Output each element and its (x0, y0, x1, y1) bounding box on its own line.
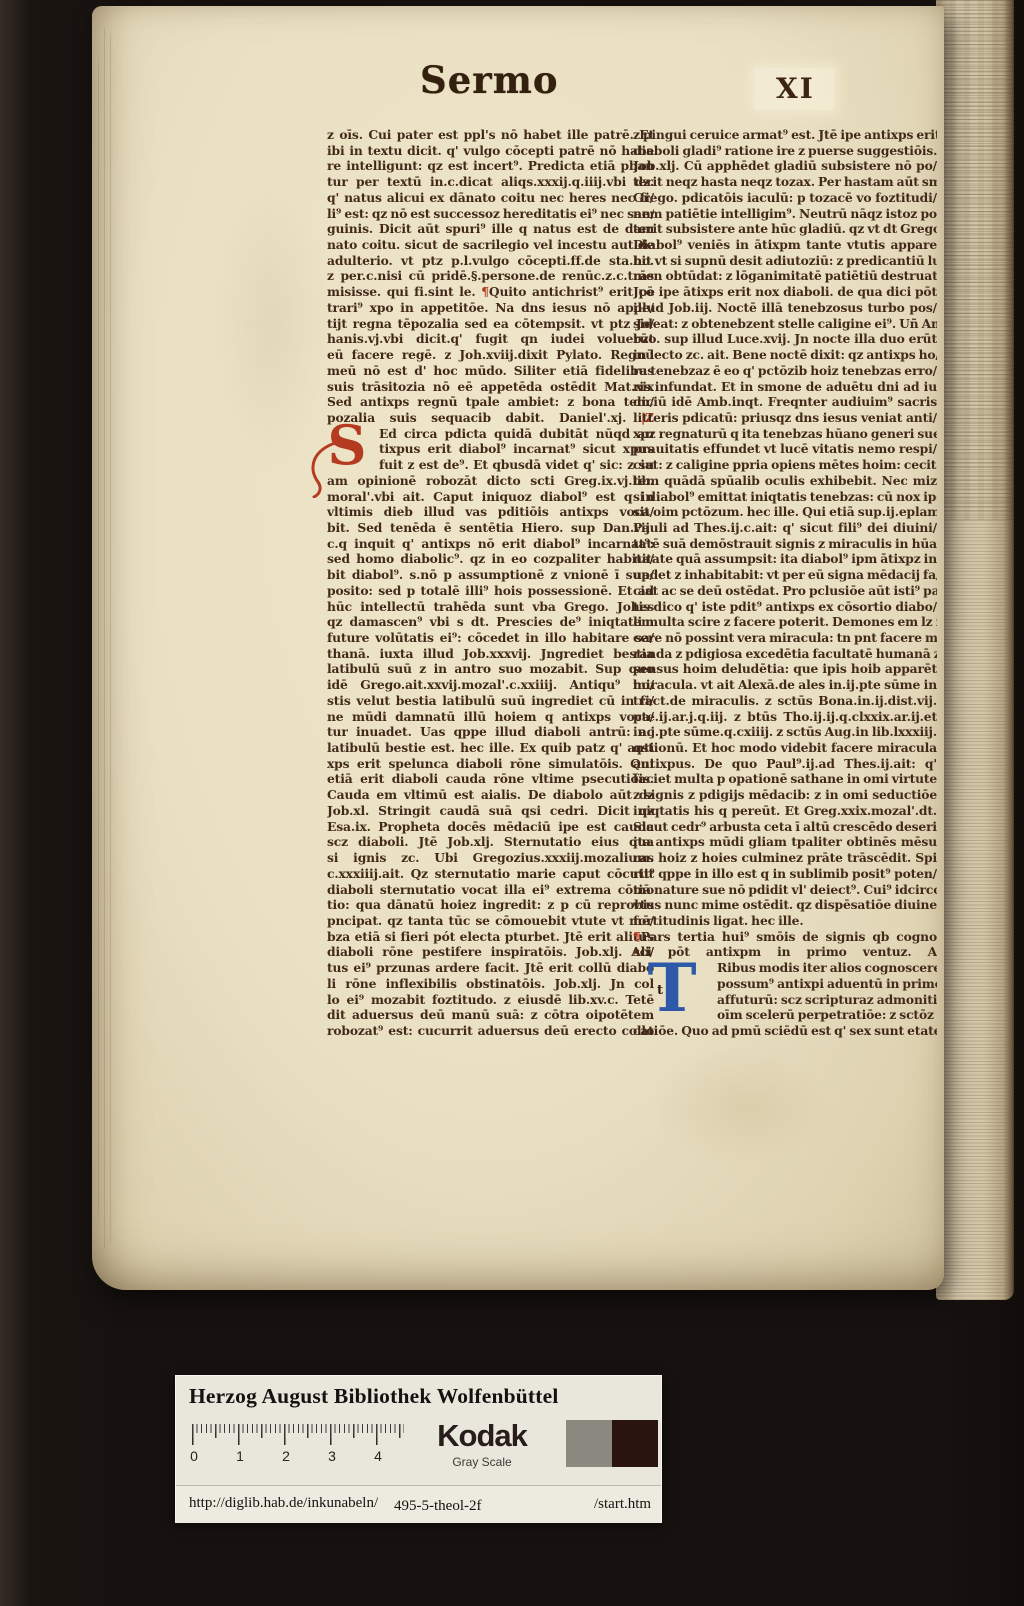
text-line: Esa.ix. Propheta docēs mēdaciū ipe est c… (327, 819, 654, 835)
text-line: tem quādā spūalib oculis exhibebit. Nec … (633, 473, 937, 489)
text-line: etiā erit diaboli cauda rōne vltime psec… (327, 771, 654, 787)
text-line: vtus nunc mime ostēdit. qz dispēsatiōe d… (633, 897, 937, 913)
text-line: Diabol⁹ veniēs in ātixpm tante vtutis ap… (633, 237, 937, 253)
text-line: bit diabol⁹. s.nō p assumptionē z vnionē… (327, 567, 654, 583)
text-line: sensus hoim deludētia: que ipis hoib app… (633, 661, 937, 677)
text-line: antixpus. De quo Paul⁹.ij.ad Thes.ij.ait… (633, 756, 937, 772)
text-line: bit vt si supnū desit adiutoziū: z predi… (633, 253, 937, 269)
text-line: bit. Sed tenēda ē sentētia Hiero. sup Da… (327, 520, 654, 536)
digitization-url: http://diglib.hab.de/inkunabeln/ (189, 1495, 378, 1512)
text-line: xpz regnaturū q ita tenebzas hūano gener… (633, 426, 937, 442)
text-line: lo ei⁹ mozabit foztitudo. z eiusdē lib.x… (327, 992, 654, 1008)
text-line: diciū idē Amb.inqt. Freqnter audiuim⁹ sa… (633, 394, 937, 410)
text-line: litteris pdicatū: priusqz dns iesus veni… (633, 410, 937, 426)
scan-background: Sermo XI z oīs. Cui pater est ppl's nō h… (0, 0, 1024, 1606)
library-label: Herzog August Bibliothek Wolfenbüttel 01… (175, 1375, 662, 1523)
text-line: nem patiētie intelligim⁹. Neutrū nāqz is… (633, 206, 937, 222)
illuminated-initial-t: T t (631, 958, 713, 1022)
text-line: ne mūdi damnatū illū hoiem q antixps voc… (327, 709, 654, 725)
text-line: scz diaboli. Jtē Job.xlj. Sternutatio ei… (327, 834, 654, 850)
label-url-row: http://diglib.hab.de/inkunabeln/ 495-5-t… (176, 1485, 661, 1523)
text-line: terit subsistere ante hūc gladiū. qz vt … (633, 221, 937, 237)
text-line: robozat⁹ est: cucurrit aduersus deū erec… (327, 1023, 654, 1039)
text-line: tixpus erit diabol⁹ incarnat⁹ sicut xpus (327, 441, 654, 457)
text-line: in.j.pte sūme.q.cxiiij. z sctūs Aug.in l… (633, 724, 937, 740)
text-line: ¶Pars tertia hui⁹ smōis de signis qb cog… (633, 929, 937, 945)
text-line: ris infundat. Et in smone de aduētu dni … (633, 379, 937, 395)
text-line: xps erit spelunca diaboli rōne simulatōi… (327, 756, 654, 772)
kodak-logo: Kodak (414, 1418, 550, 1454)
text-line: miracula. vt ait Alexā.de ales in.ij.pte… (633, 677, 937, 693)
text-line: Cauda em vltimū est aialis. De diabolo a… (327, 787, 654, 803)
text-line: stis velut bestia latibulū suū ingrediet… (327, 693, 654, 709)
text-line: z oīs. Cui pater est ppl's nō habet ille… (327, 127, 654, 143)
text-line: in lecto zc. ait. Bene noctē dixit: qz a… (633, 347, 937, 363)
text-line: am opinionē robozāt dicto scti Greg.ix.v… (327, 473, 654, 489)
text-line: bza etiā si fieri pót electa pturbet. Jt… (327, 929, 654, 945)
text-line: Job.xlj. Cū apphēdet gladiū subsistere n… (633, 158, 937, 174)
text-line: diaboli sternutatio vocat illa ei⁹ extre… (327, 882, 654, 898)
text-line: fortitudinis ligat. hec ille. (633, 913, 937, 929)
gray-scale-patch-gray (566, 1420, 612, 1467)
text-line: misisse. qui fi.sint le. ¶Quito antichri… (327, 284, 654, 300)
text-line: latibulū suū z in antro suo mozabit. Sup… (327, 661, 654, 677)
text-line: pte.ij.ar.j.q.iij. z btūs Tho.ij.ij.q.cl… (633, 709, 937, 725)
text-line: cere nō possint vera miracula: tn pnt fa… (633, 630, 937, 646)
text-line: latibulū bestie est. hec ille. Ex quib p… (327, 740, 654, 756)
text-line: dit aduersus deū manū suā: z cōtra oipot… (327, 1007, 654, 1023)
ruler-number: 1 (233, 1448, 247, 1464)
text-line: bzo. sup illud Luce.xvij. Jn nocte illa … (633, 331, 937, 347)
text-line: ras hoiz z hoies culminez prāte trāscēdi… (633, 850, 937, 866)
text-line: moral'.vbi ait. Caput iniquoz diabol⁹ es… (327, 489, 654, 505)
text-line: Pauli ad Thes.ij.c.ait: q' sicut fili⁹ d… (633, 520, 937, 536)
text-line: sideat: z obtenebzent stelle caligine ei… (633, 316, 937, 332)
url-suffix: /start.htm (594, 1496, 651, 1513)
text-line: eū facere regē. z Joh.xviij.dixit Pylato… (327, 347, 654, 363)
kodak-block: Kodak Gray Scale (414, 1418, 550, 1469)
text-line: ciat ac se deū ostēdat. Pro pclusiōe aūt… (633, 583, 937, 599)
text-line: li multa scire z facere poterit. Demones… (633, 614, 937, 630)
text-line: si diabol⁹ emittat iniqtatis tenebzas: c… (633, 489, 937, 505)
gray-scale-patch-dark (612, 1420, 658, 1467)
text-line: men obtūdat: z lōganimitatē patiētiū des… (633, 268, 937, 284)
text-line: diaboli gladi⁹ ratione ire z puerse sugg… (633, 143, 937, 159)
text-line: tract.de miraculis. z sctūs Bona.in.ij.d… (633, 693, 937, 709)
text-line: nitate quā assumpsit: ita diabol⁹ ipm āt… (633, 551, 937, 567)
text-line: guinis. Dicit aūt spuri⁹ ille q natus es… (327, 221, 654, 237)
text-line: qz damascen⁹ vbi s dt. Prescies de⁹ iniq… (327, 614, 654, 630)
initial-letter: T (647, 949, 696, 1027)
text-line: adulterio. vt ptz p.l.vulgo cōcepti.ff.d… (327, 253, 654, 269)
text-line: meū nō est d' hoc mūdo. Siliter etiā fid… (327, 363, 654, 379)
text-line: c.q inquit q' antixps nō erit diabol⁹ in… (327, 536, 654, 552)
text-line: idē Grego.ait.xxvij.mozal'.c.xxiiij. Ant… (327, 677, 654, 693)
text-line: tur inuadet. Uas qppe illud diaboli antr… (327, 724, 654, 740)
text-line: ciat: z caligine ppria opiens mētes hoim… (633, 457, 937, 473)
text-line: tatē suā demōstrauit signis z miraculis … (633, 536, 937, 552)
text-line: hūc intellectū trahēda sunt vba Grego. J… (327, 599, 654, 615)
text-line: Sed antixps regnū tpale ambiet: z bona t… (327, 394, 654, 410)
ruler-number: 0 (187, 1448, 201, 1464)
text-line: Ed circa pdicta quidā dubitāt nūqd an (327, 426, 654, 442)
ruler-number: 3 (325, 1448, 339, 1464)
text-line: hanis.vj.vbi dicit.q' fugit qn iudei vol… (327, 331, 654, 347)
text-line: sit oim pctōzum. hec ille. Qui etiā sup.… (633, 504, 937, 520)
text-line: z per.c.nisi cū pridē.§.persone.de renūc… (327, 268, 654, 284)
text-line: Sicut cedr⁹ arbusta ceta ī altū crescēdo… (633, 819, 937, 835)
text-line: suis trāsitozia nō eē appetēda ostēdit M… (327, 379, 654, 395)
text-line: trari⁹ xpo in appetitōe. Na dns iesus nō… (327, 300, 654, 316)
text-line: rit⁹ qppe in illo est q in sublimib posi… (633, 866, 937, 882)
text-line: pncipat. qz tanta tūc se cōmouebit vtute… (327, 913, 654, 929)
text-column-right: z pingui ceruice armat⁹ est. Jtē ipe ant… (633, 127, 937, 1039)
guide-letter: t (657, 984, 663, 997)
library-name: Herzog August Bibliothek Wolfenbüttel (189, 1384, 559, 1409)
text-line: sed homo diabolic⁹. qz in eo cozpaliter … (327, 551, 654, 567)
text-line: Job.xl. Stringit caudā suā qsi cedri. Di… (327, 803, 654, 819)
text-line: tis dico q' iste pdit⁹ antixps ex cōsort… (633, 599, 937, 615)
text-line: randa z pdigiosa excedētia facultatē hum… (633, 646, 937, 662)
parchment-stain (652, 1046, 832, 1166)
text-line: li rōne inflexibilis obstinatōis. Job.xl… (327, 976, 654, 992)
text-line: ibi in textu dicit. q' vulgo cōcepti pat… (327, 143, 654, 159)
page-stack-texture (936, 0, 1014, 520)
parchment-stain (212, 176, 332, 476)
page-edge-lines (98, 28, 114, 1248)
text-line: vltimis dieb illud vas pditiōis antixps … (327, 504, 654, 520)
text-line: ra tenebzaz ē eo q' pctōzib hoiz tenebza… (633, 363, 937, 379)
text-line: tiā nature sue nō pdidit vl' deiect⁹. Cu… (633, 882, 937, 898)
text-line: pozalia suis sequacib dabit. Daniel'.xj.… (327, 410, 654, 426)
text-line: q' natus alicui ex dānato coitu nec here… (327, 190, 654, 206)
text-line: tijt regna tēpozalia sed ea cōtempsit. v… (327, 316, 654, 332)
text-line: posito: sed p totalē illi⁹ hois possessi… (327, 583, 654, 599)
text-line: Jpe ipe ātixps erit nox diaboli. de qua … (633, 284, 937, 300)
text-line: qstionū. Et hoc modo videbit facere mira… (633, 740, 937, 756)
text-line: nato coitu. sicut de sacrilegio vel ince… (327, 237, 654, 253)
text-line: uadet z inhabitabit: vt per eū signa mēd… (633, 567, 937, 583)
text-line: tus ei⁹ przunas ardere facit. Jtē erit c… (327, 960, 654, 976)
folio-number: XI (776, 72, 815, 105)
gray-scale-caption: Gray Scale (414, 1455, 550, 1469)
rubricated-initial-s: S (320, 420, 374, 472)
book-fore-edge (936, 0, 1014, 1300)
text-line: c.xxxiiij.ait. Qz sternutatio marie capu… (327, 866, 654, 882)
text-line: Grego. pdicatōis iaculū: p tozacē vo foz… (633, 190, 937, 206)
text-line: diaboli rōne pestifere inspiratōis. Job.… (327, 944, 654, 960)
measurement-ruler: 01234 (192, 1424, 408, 1464)
text-line: fuit z est de⁹. Et qbusdā videt q' sic: … (327, 457, 654, 473)
ruler-number: 2 (279, 1448, 293, 1464)
text-column-left: z oīs. Cui pater est ppl's nō habet ille… (327, 127, 654, 1039)
text-line: z signis z pdigijs mēdacib: z in omi sed… (633, 787, 937, 803)
ruler-mm-ticks (192, 1424, 404, 1433)
text-line: tur per textū in.c.dicat aliqs.xxxij.q.i… (327, 174, 654, 190)
text-line: thanā. iuxta illud Job.xxxvij. Jngrediet… (327, 646, 654, 662)
text-line: prauitatis effundet vt lucē vitatis nemo… (633, 441, 937, 457)
text-line: iniqtatis his q pereūt. Et Greg.xxix.moz… (633, 803, 937, 819)
text-line: terit neqz hasta neqz tozax. Per hastam … (633, 174, 937, 190)
text-line: faciet multa p opationē sathane in omi v… (633, 771, 937, 787)
shelfmark: 495-5-theol-2f (394, 1498, 481, 1515)
ruler-number: 4 (371, 1448, 385, 1464)
text-line: illud Job.iij. Noctē illā tenebzosus tur… (633, 300, 937, 316)
book-page: Sermo XI z oīs. Cui pater est ppl's nō h… (92, 6, 944, 1290)
text-line: tio: qua dānatū hoiez ingredit: z p cū r… (327, 897, 654, 913)
text-line: si ignis zc. Ubi Gregozius.xxxiij.mozali… (327, 850, 654, 866)
text-line: ita antixps mūdi gliam tpaliter obtinēs … (633, 834, 937, 850)
text-line: z pingui ceruice armat⁹ est. Jtē ipe ant… (633, 127, 937, 143)
text-line: future volūtatis ei⁹: cōcedet in illo ha… (327, 630, 654, 646)
text-line: li⁹ est: qz nō est successoz hereditatis… (327, 206, 654, 222)
initial-flourish (304, 440, 344, 498)
text-line: re intelligunt: qz est incert⁹. Predicta… (327, 158, 654, 174)
running-title: Sermo (420, 58, 559, 102)
